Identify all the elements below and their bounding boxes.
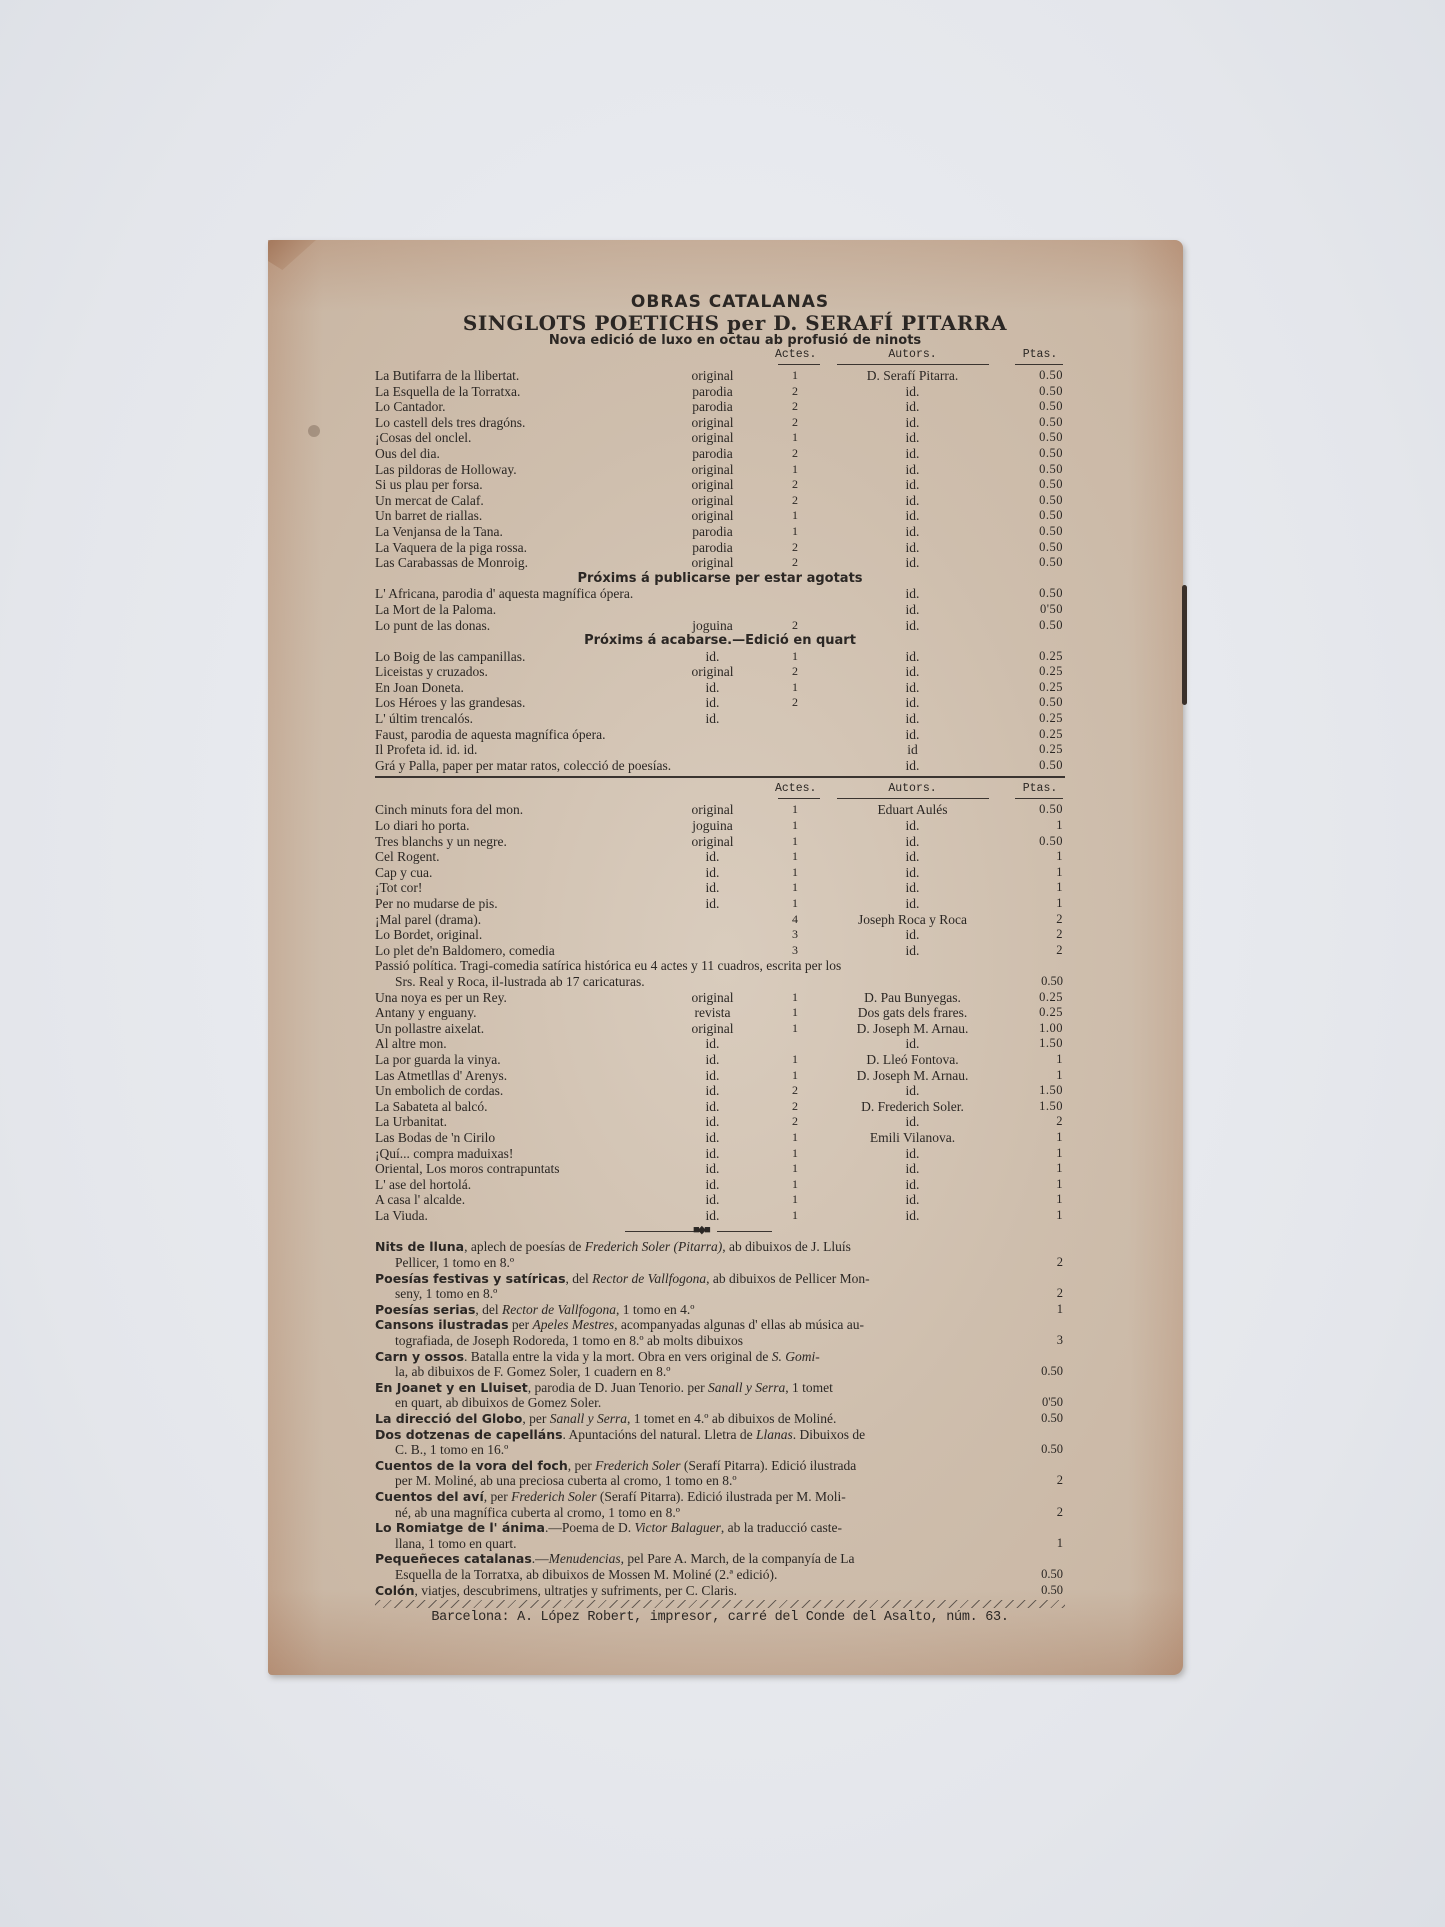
work-genre: joguina xyxy=(665,618,760,634)
work-genre: id. xyxy=(665,1146,760,1162)
section-subheading: Próxims á publicarse per estar agotats xyxy=(375,571,1065,587)
work-author: D. Pau Bunyegas. xyxy=(830,990,995,1006)
table-row: La Esquella de la Torratxa.parodia2id.0.… xyxy=(375,384,1065,400)
book-entry: Cuentos del aví, per Frederich Soler (Se… xyxy=(375,1489,1065,1520)
work-genre: original xyxy=(665,462,760,478)
work-price: 0.25 xyxy=(1003,711,1063,727)
work-acts: 1 xyxy=(780,430,810,446)
work-acts: 1 xyxy=(780,849,810,865)
table-row: En Joan Doneta.id.1id.0.25 xyxy=(375,680,1065,696)
work-price: 0.50 xyxy=(1003,834,1063,850)
work-genre: original xyxy=(665,1021,760,1037)
book-desc-cont: per M. Moliné, ab una preciosa cuberta a… xyxy=(375,1473,1065,1489)
table-row: La Viuda.id.1id.1 xyxy=(375,1208,1065,1224)
book-desc: , per xyxy=(522,1411,549,1426)
work-acts: 2 xyxy=(780,1114,810,1130)
work-acts: 2 xyxy=(780,664,810,680)
book-entry: Poesías festivas y satíricas, del Rector… xyxy=(375,1271,1065,1302)
book-desc-cont: seny, 1 tomo en 8.º xyxy=(375,1286,1065,1302)
book-entry: La direcció del Globo, per Sanall y Serr… xyxy=(375,1411,1065,1427)
work-acts: 2 xyxy=(780,618,810,634)
work-author: D. Lleó Fontova. xyxy=(830,1052,995,1068)
work-title: La Viuda. xyxy=(375,1208,428,1224)
work-title: La Urbanitat. xyxy=(375,1114,447,1130)
book-price: 2 xyxy=(1057,1473,1063,1489)
work-price: 0.25 xyxy=(1003,649,1063,665)
work-title: Lo punt de las donas. xyxy=(375,618,490,634)
work-author: id. xyxy=(830,849,995,865)
work-price: 2 xyxy=(1003,1114,1063,1130)
book-author: Frederich Soler xyxy=(595,1458,680,1473)
work-acts: 1 xyxy=(780,1068,810,1084)
book-desc: , 1 tomet en 4.º ab dibuixos de Moliné. xyxy=(627,1411,836,1426)
work-price: 1 xyxy=(1003,1146,1063,1162)
column-headers-1: Actes. Autors. Ptas. xyxy=(375,348,1065,368)
work-title: Cap y cua. xyxy=(375,865,432,881)
table-row: Cel Rogent.id.1id.1 xyxy=(375,849,1065,865)
work-title: Un embolich de cordas. xyxy=(375,1083,503,1099)
work-acts: 2 xyxy=(780,399,810,415)
work-genre: parodia xyxy=(665,524,760,540)
work-title: Cel Rogent. xyxy=(375,849,440,865)
work-acts: 1 xyxy=(780,1130,810,1146)
work-author: id. xyxy=(830,927,995,943)
book-desc: .—Poema de D. xyxy=(545,1520,635,1535)
book-price: 2 xyxy=(1057,1286,1063,1302)
book-desc: . Dibuixos de xyxy=(793,1427,865,1442)
work-author: id. xyxy=(830,695,995,711)
book-desc: , 1 tomet xyxy=(785,1380,833,1395)
work-acts: 1 xyxy=(780,1146,810,1162)
work-acts: 1 xyxy=(780,1208,810,1224)
table-row: Las Carabassas de Monroig.original2id.0.… xyxy=(375,555,1065,571)
book-desc: . Apuntacións del natural. Lletra de xyxy=(563,1427,756,1442)
work-title: ¡Mal parel (drama). xyxy=(375,912,481,928)
work-price: 1 xyxy=(1003,1161,1063,1177)
work-title: Lo Bordet, original. xyxy=(375,927,482,943)
work-author: id. xyxy=(830,727,995,743)
table-row: ¡Tot cor!id.1id.1 xyxy=(375,880,1065,896)
work-genre: id. xyxy=(665,680,760,696)
work-title: L' últim trencalós. xyxy=(375,711,473,727)
work-author: id. xyxy=(830,1208,995,1224)
book-author: Frederich Soler xyxy=(511,1489,596,1504)
work-title: Las Atmetllas d' Arenys. xyxy=(375,1068,507,1084)
table-row: ¡Mal parel (drama).4Joseph Roca y Roca2 xyxy=(375,912,1065,928)
work-genre: id. xyxy=(665,1036,760,1052)
work-author: id. xyxy=(830,834,995,850)
work-author: id. xyxy=(830,1146,995,1162)
work-acts: 1 xyxy=(780,462,810,478)
work-genre: id. xyxy=(665,1068,760,1084)
work-price: 0.25 xyxy=(1003,742,1063,758)
book-title: Nits de lluna xyxy=(375,1239,464,1254)
table-row: ¡Quí... compra maduixas!id.1id.1 xyxy=(375,1146,1065,1162)
col-actes: Actes. xyxy=(775,348,815,361)
work-author: D. Joseph M. Arnau. xyxy=(830,1068,995,1084)
book-author: S. Gomi- xyxy=(772,1349,820,1364)
book-desc: , acompanyadas algunas d' ellas ab músic… xyxy=(614,1317,864,1332)
work-author: id. xyxy=(830,524,995,540)
column-headers-2: Actes. Autors. Ptas. xyxy=(375,782,1065,802)
book-price: 1 xyxy=(1057,1302,1063,1318)
work-genre: id. xyxy=(665,1177,760,1193)
work-acts: 2 xyxy=(780,493,810,509)
work-price: 1 xyxy=(1003,1208,1063,1224)
work-price: 2 xyxy=(1003,912,1063,928)
work-acts: 1 xyxy=(780,649,810,665)
passio-politica-entry: Passió política. Tragi-comedia satírica … xyxy=(375,958,1065,989)
work-price: 1.50 xyxy=(1003,1083,1063,1099)
work-acts: 1 xyxy=(780,880,810,896)
work-price: 0.50 xyxy=(1003,384,1063,400)
work-genre: id. xyxy=(665,649,760,665)
book-title: Poesías festivas y satíricas xyxy=(375,1271,566,1286)
table-row: L' ase del hortolá.id.1id.1 xyxy=(375,1177,1065,1193)
table-row: La por guarda la vinya.id.1D. Lleó Fonto… xyxy=(375,1052,1065,1068)
col-ptas: Ptas. xyxy=(1015,782,1065,795)
printer-imprint: Barcelona: A. López Robert, impresor, ca… xyxy=(375,1610,1065,1625)
work-author: Emili Vilanova. xyxy=(830,1130,995,1146)
work-price: 0.50 xyxy=(1003,802,1063,818)
work-author: id. xyxy=(830,1083,995,1099)
work-title: La Sabateta al balcó. xyxy=(375,1099,487,1115)
leaflet-content: OBRAS CATALANAS SINGLOTS POETICHS per D.… xyxy=(375,292,1065,1625)
work-author: id. xyxy=(830,818,995,834)
table-row: L' Africana, parodia d' aquesta magnífic… xyxy=(375,586,1065,602)
table-row: Faust, parodia de aquesta magnífica óper… xyxy=(375,727,1065,743)
work-title: Lo castell dels tres dragóns. xyxy=(375,415,525,431)
work-acts: 2 xyxy=(780,540,810,556)
work-price: 0.25 xyxy=(1003,1005,1063,1021)
book-desc: per xyxy=(509,1317,533,1332)
book-author: Victor Balaguer xyxy=(635,1520,721,1535)
book-entry: Cuentos de la vora del foch, per Frederi… xyxy=(375,1458,1065,1489)
table-row: Un mercat de Calaf.original2id.0.50 xyxy=(375,493,1065,509)
work-acts: 1 xyxy=(780,1177,810,1193)
book-desc-cont: né, ab una magnífica cuberta al cromo, 1… xyxy=(375,1505,1065,1521)
work-price: 0.50 xyxy=(1003,477,1063,493)
book-author: Frederich Soler (Pitarra) xyxy=(585,1239,722,1254)
book-price: 3 xyxy=(1057,1333,1063,1349)
table-row: A casa l' alcalde.id.1id.1 xyxy=(375,1192,1065,1208)
work-price: 1 xyxy=(1003,1068,1063,1084)
work-title: Cinch minuts fora del mon. xyxy=(375,802,523,818)
work-price: 1 xyxy=(1003,896,1063,912)
work-author: Eduart Aulés xyxy=(830,802,995,818)
book-price: 0.50 xyxy=(1041,1411,1063,1427)
work-genre: id. xyxy=(665,1099,760,1115)
book-entry: Poesías serias, del Rector de Vallfogona… xyxy=(375,1302,1065,1318)
work-title: Un mercat de Calaf. xyxy=(375,493,484,509)
work-genre: id. xyxy=(665,1161,760,1177)
catalog-tagline: Nova edició de luxo en octau ab profusió… xyxy=(405,334,1065,348)
work-acts: 4 xyxy=(780,912,810,928)
work-price: 0.50 xyxy=(1003,586,1063,602)
work-price: 0.50 xyxy=(1003,508,1063,524)
work-acts: 1 xyxy=(780,802,810,818)
work-title: La Butifarra de la llibertat. xyxy=(375,368,519,384)
book-entry: Dos dotzenas de capelláns. Apuntacións d… xyxy=(375,1427,1065,1458)
work-title: Las Carabassas de Monroig. xyxy=(375,555,528,571)
work-title: La por guarda la vinya. xyxy=(375,1052,501,1068)
work-author: id. xyxy=(830,1192,995,1208)
books-list: Nits de lluna, aplech de poesías de Fred… xyxy=(375,1239,1065,1598)
work-price: 0.50 xyxy=(1003,399,1063,415)
book-title: La direcció del Globo xyxy=(375,1411,522,1426)
work-genre: revista xyxy=(665,1005,760,1021)
table-row: Lo plet de'n Baldomero, comedia3id.2 xyxy=(375,943,1065,959)
table-row: Lo Bordet, original.3id.2 xyxy=(375,927,1065,943)
work-genre: original xyxy=(665,802,760,818)
work-title: Lo Boig de las campanillas. xyxy=(375,649,525,665)
work-author: id. xyxy=(830,1036,995,1052)
book-price: 0'50 xyxy=(1042,1395,1063,1411)
table-row: Lo castell dels tres dragóns.original2id… xyxy=(375,415,1065,431)
book-author: Menudencias xyxy=(549,1551,621,1566)
work-title: Lo Cantador. xyxy=(375,399,446,415)
table-row: La Venjansa de la Tana.parodia1id.0.50 xyxy=(375,524,1065,540)
table-row: Lo diari ho porta.joguina1id.1 xyxy=(375,818,1065,834)
section2-table: Cinch minuts fora del mon.original1Eduar… xyxy=(375,802,1065,958)
work-genre: original xyxy=(665,415,760,431)
work-price: 0.50 xyxy=(1003,555,1063,571)
work-author: id. xyxy=(830,493,995,509)
work-genre: id. xyxy=(665,695,760,711)
table-row: Liceistas y cruzados.original2id.0.25 xyxy=(375,664,1065,680)
table-row: Lo Boig de las campanillas.id.1id.0.25 xyxy=(375,649,1065,665)
book-entry: Cansons ilustradas per Apeles Mestres, a… xyxy=(375,1317,1065,1348)
table-row: Los Héroes y las grandesas.id.2id.0.50 xyxy=(375,695,1065,711)
work-author: id. xyxy=(830,540,995,556)
book-price: 1 xyxy=(1057,1536,1063,1552)
work-title: ¡Cosas del onclel. xyxy=(375,430,471,446)
book-desc-cont: la, ab dibuixos de F. Gomez Soler, 1 cua… xyxy=(375,1364,1065,1380)
table-row: Un barret de riallas.original1id.0.50 xyxy=(375,508,1065,524)
work-title: Il Profeta id. id. id. xyxy=(375,742,477,758)
work-price: 2 xyxy=(1003,927,1063,943)
work-author: id. xyxy=(830,1177,995,1193)
book-entry: Pequeñeces catalanas.—Menudencias, pel P… xyxy=(375,1551,1065,1582)
work-acts: 1 xyxy=(780,1005,810,1021)
work-acts: 2 xyxy=(780,1099,810,1115)
book-title: Lo Romiatge de l' ánima xyxy=(375,1520,545,1535)
work-genre: original xyxy=(665,990,760,1006)
work-acts: 1 xyxy=(780,524,810,540)
section2-table-cont: Una noya es per un Rey.original1D. Pau B… xyxy=(375,990,1065,1224)
work-acts: 1 xyxy=(780,1052,810,1068)
work-title: Grá y Palla, paper per matar ratos, cole… xyxy=(375,758,671,774)
work-author: id. xyxy=(830,618,995,634)
work-price: 0.50 xyxy=(1003,368,1063,384)
work-title: L' Africana, parodia d' aquesta magnífic… xyxy=(375,586,633,602)
book-desc: , ab dibuixos de J. Lluís xyxy=(722,1239,851,1254)
work-price: 0.50 xyxy=(1003,462,1063,478)
work-price: 1 xyxy=(1003,1192,1063,1208)
work-author: id. xyxy=(830,384,995,400)
book-title: Poesías serias xyxy=(375,1302,475,1317)
work-acts: 2 xyxy=(780,695,810,711)
work-title: Las pildoras de Holloway. xyxy=(375,462,517,478)
book-desc: . Batalla entre la vida y la mort. Obra … xyxy=(464,1349,772,1364)
book-price: 0.50 xyxy=(1041,1442,1063,1458)
table-row: Tres blanchs y un negre.original1id.0.50 xyxy=(375,834,1065,850)
work-price: 0.25 xyxy=(1003,680,1063,696)
section-subheading: Próxims á acabarse.—Edició en quart xyxy=(375,633,1065,649)
table-row: Il Profeta id. id. id.id0.25 xyxy=(375,742,1065,758)
work-genre: id. xyxy=(665,865,760,881)
work-price: 0.50 xyxy=(1003,618,1063,634)
work-genre: id. xyxy=(665,1208,760,1224)
table-row: Cinch minuts fora del mon.original1Eduar… xyxy=(375,802,1065,818)
table-row: Una noya es per un Rey.original1D. Pau B… xyxy=(375,990,1065,1006)
work-price: 0.50 xyxy=(1003,695,1063,711)
work-acts: 1 xyxy=(780,368,810,384)
table-row: Cap y cua.id.1id.1 xyxy=(375,865,1065,881)
work-price: 1 xyxy=(1003,880,1063,896)
book-desc-cont: Esquella de la Torratxa, ab dibuixos de … xyxy=(375,1567,1065,1583)
work-genre: id. xyxy=(665,1114,760,1130)
table-row: La Mort de la Paloma.id.0'50 xyxy=(375,602,1065,618)
table-row: Oriental, Los moros contrapuntatsid.1id.… xyxy=(375,1161,1065,1177)
work-price: 0.50 xyxy=(1003,430,1063,446)
table-row: La Vaquera de la piga rossa.parodia2id.0… xyxy=(375,540,1065,556)
work-acts: 3 xyxy=(780,927,810,943)
book-desc: , per xyxy=(484,1489,511,1504)
book-desc: , viatjes, descubrimens, ultratjes y suf… xyxy=(415,1583,737,1598)
work-price: 0.50 xyxy=(1003,415,1063,431)
work-author: D. Joseph M. Arnau. xyxy=(830,1021,995,1037)
book-desc: , del xyxy=(566,1271,593,1286)
work-title: L' ase del hortolá. xyxy=(375,1177,471,1193)
book-desc-cont: en quart, ab dibuixos de Gomez Soler. xyxy=(375,1395,1065,1411)
work-price: 0.25 xyxy=(1003,727,1063,743)
work-acts: 2 xyxy=(780,415,810,431)
table-row: Per no mudarse de pis.id.1id.1 xyxy=(375,896,1065,912)
paper-stain xyxy=(308,425,320,437)
book-author: Rector de Vallfogona xyxy=(592,1271,706,1286)
work-title: La Venjansa de la Tana. xyxy=(375,524,503,540)
work-title: Antany y enguany. xyxy=(375,1005,476,1021)
work-author: id. xyxy=(830,711,995,727)
work-author: id. xyxy=(830,896,995,912)
book-title: Cuentos del aví xyxy=(375,1489,484,1504)
binding-edge xyxy=(1182,585,1187,705)
work-genre: id. xyxy=(665,849,760,865)
book-desc: (Serafí Pitarra). Edició ilustrada per M… xyxy=(596,1489,845,1504)
work-author: id. xyxy=(830,399,995,415)
book-title: Cuentos de la vora del foch xyxy=(375,1458,568,1473)
work-genre: id. xyxy=(665,1052,760,1068)
book-desc: , aplech de poesías de xyxy=(464,1239,585,1254)
ornament-divider: ■◆■ xyxy=(375,1225,1065,1237)
work-genre: original xyxy=(665,508,760,524)
book-entry: Lo Romiatge de l' ánima.—Poema de D. Vic… xyxy=(375,1520,1065,1551)
book-desc-cont: llana, 1 tomo en quart. xyxy=(375,1536,1065,1552)
work-price: 1 xyxy=(1003,1052,1063,1068)
work-genre: id. xyxy=(665,1192,760,1208)
work-author: id. xyxy=(830,602,995,618)
table-row: Lo punt de las donas.joguina2id.0.50 xyxy=(375,618,1065,634)
book-entry: Carn y ossos. Batalla entre la vida y la… xyxy=(375,1349,1065,1380)
work-genre: parodia xyxy=(665,540,760,556)
col-ptas: Ptas. xyxy=(1015,348,1065,361)
table-row: Las pildoras de Holloway.original1id.0.5… xyxy=(375,462,1065,478)
book-desc: , pel Pare A. March, de la companyía de … xyxy=(621,1551,855,1566)
work-title: Lo plet de'n Baldomero, comedia xyxy=(375,943,555,959)
table-row: La Urbanitat.id.2id.2 xyxy=(375,1114,1065,1130)
work-title: Las Bodas de 'n Cirilo xyxy=(375,1130,495,1146)
table-row: La Sabateta al balcó.id.2D. Frederich So… xyxy=(375,1099,1065,1115)
work-acts: 2 xyxy=(780,1083,810,1099)
work-title: En Joan Doneta. xyxy=(375,680,464,696)
divider xyxy=(375,776,1065,780)
table-row: Un pollastre aixelat.original1D. Joseph … xyxy=(375,1021,1065,1037)
work-price: 0.50 xyxy=(1003,446,1063,462)
book-price: 0.50 xyxy=(1041,1583,1063,1599)
work-acts: 1 xyxy=(780,1021,810,1037)
work-genre: joguina xyxy=(665,818,760,834)
work-genre: original xyxy=(665,834,760,850)
torn-corner xyxy=(268,240,316,270)
work-author: id. xyxy=(830,555,995,571)
work-price: 0.50 xyxy=(1003,540,1063,556)
work-title: ¡Tot cor! xyxy=(375,880,422,896)
work-genre: id. xyxy=(665,880,760,896)
table-row: Si us plau per forsa.original2id.0.50 xyxy=(375,477,1065,493)
work-title: A casa l' alcalde. xyxy=(375,1192,465,1208)
book-desc-cont: C. B., 1 tomo en 16.º xyxy=(375,1442,1065,1458)
book-entry: Colón, viatjes, descubrimens, ultratjes … xyxy=(375,1583,1065,1599)
table-row: Un embolich de cordas.id.2id.1.50 xyxy=(375,1083,1065,1099)
catalog-title: OBRAS CATALANAS xyxy=(395,292,1065,312)
work-acts: 1 xyxy=(780,508,810,524)
work-acts: 1 xyxy=(780,990,810,1006)
work-title: Lo diari ho porta. xyxy=(375,818,469,834)
work-title: Al altre mon. xyxy=(375,1036,447,1052)
book-desc: , 1 tomo en 4.º xyxy=(616,1302,694,1317)
work-title: Liceistas y cruzados. xyxy=(375,664,488,680)
work-price: 2 xyxy=(1003,943,1063,959)
work-acts: 3 xyxy=(780,943,810,959)
book-title: Pequeñeces catalanas xyxy=(375,1551,532,1566)
work-author: id. xyxy=(830,649,995,665)
work-acts: 1 xyxy=(780,818,810,834)
work-genre: original xyxy=(665,493,760,509)
work-title: La Vaquera de la piga rossa. xyxy=(375,540,527,556)
work-price: 1 xyxy=(1003,865,1063,881)
col-autors: Autors. xyxy=(830,348,995,361)
work-acts: 2 xyxy=(780,555,810,571)
book-price: 0.50 xyxy=(1041,1364,1063,1380)
work-title: Un pollastre aixelat. xyxy=(375,1021,484,1037)
work-title: La Mort de la Paloma. xyxy=(375,602,496,618)
work-price: 0'50 xyxy=(1003,602,1063,618)
book-author: Rector de Vallfogona xyxy=(502,1302,616,1317)
work-acts: 2 xyxy=(780,446,810,462)
table-row: Antany y enguany.revista1Dos gats dels f… xyxy=(375,1005,1065,1021)
book-desc: , ab dibuixos de Pellicer Mon- xyxy=(706,1271,869,1286)
catalog-subtitle: SINGLOTS POETICHS per D. SERAFÍ PITARRA xyxy=(405,312,1065,334)
work-author: id. xyxy=(830,477,995,493)
book-desc: , per xyxy=(568,1458,595,1473)
work-title: Oriental, Los moros contrapuntats xyxy=(375,1161,559,1177)
work-title: Faust, parodia de aquesta magnífica óper… xyxy=(375,727,606,743)
work-author: id. xyxy=(830,758,995,774)
work-author: id. xyxy=(830,865,995,881)
book-entry: En Joanet y en Lluiset, parodia de D. Ju… xyxy=(375,1380,1065,1411)
table-row: La Butifarra de la llibertat.original1D.… xyxy=(375,368,1065,384)
